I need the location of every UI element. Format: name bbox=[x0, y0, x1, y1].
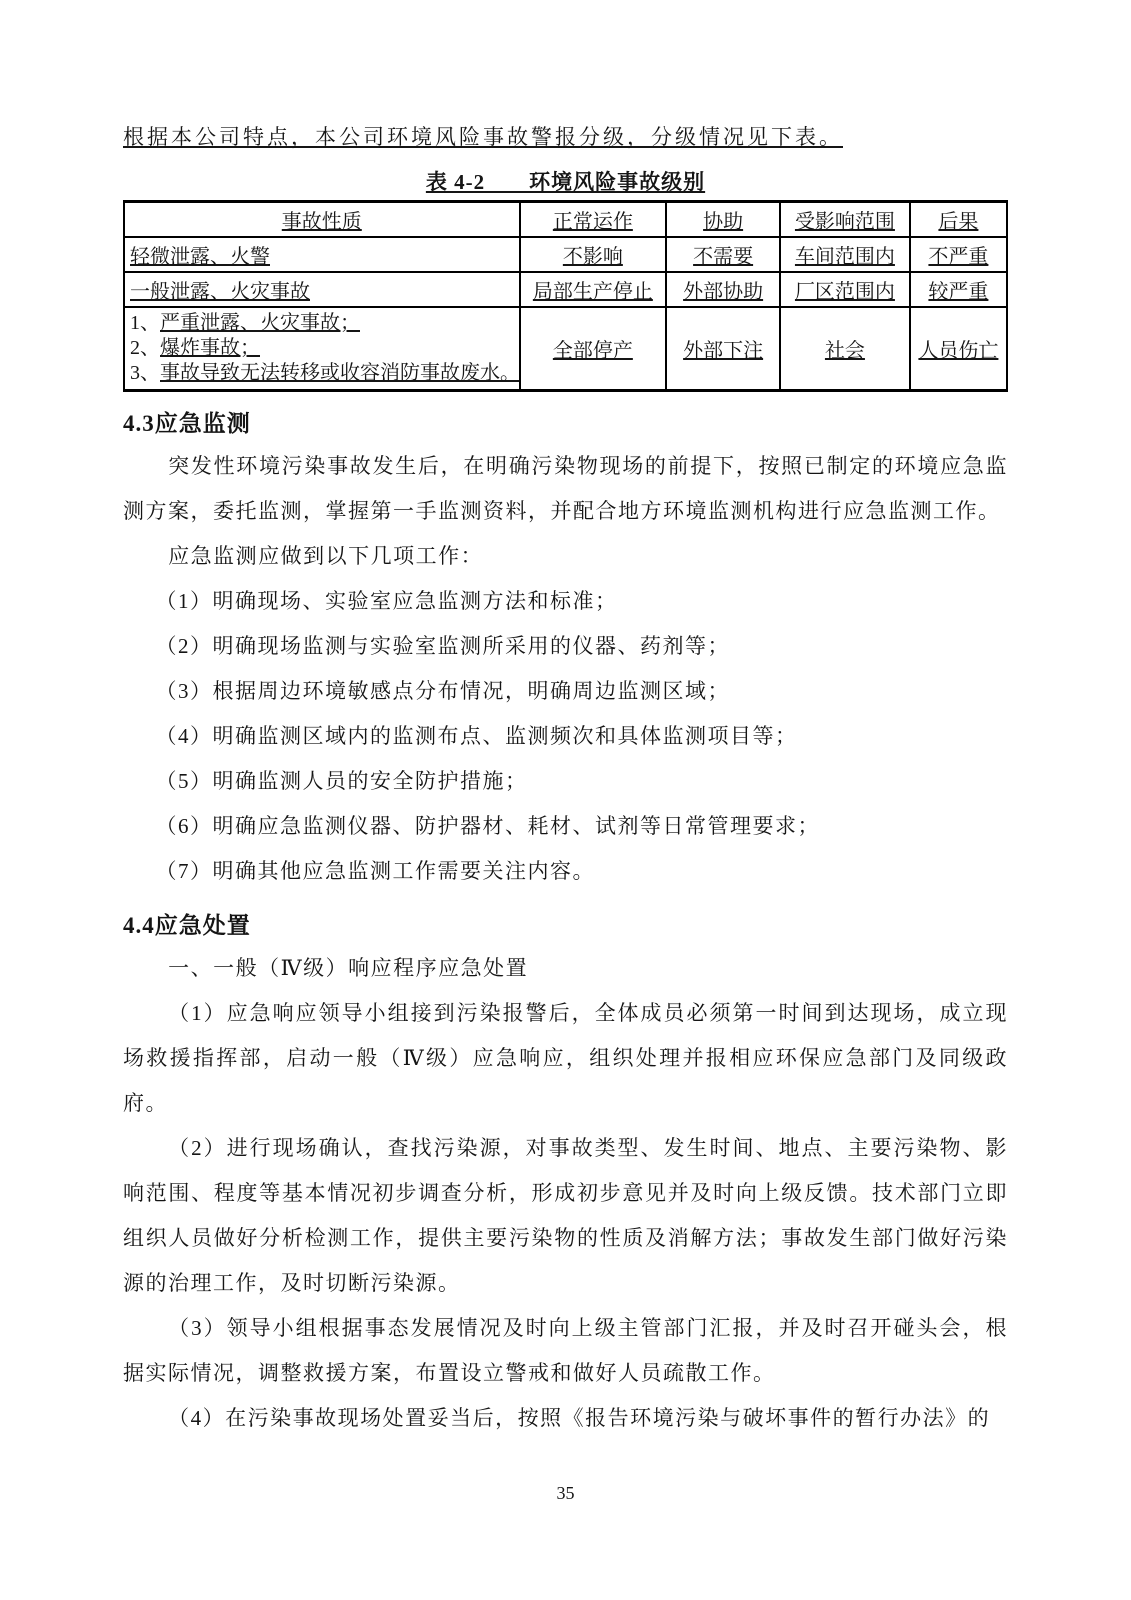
col-header-scope: 受影响范围 bbox=[780, 202, 910, 238]
nature-item-text: 严重泄露、火灾事故； bbox=[160, 312, 360, 334]
section-4-4-heading: 4.4应急处置 bbox=[123, 910, 1008, 942]
list-item: （1）明确现场、实验室应急监测方法和标准； bbox=[123, 579, 1008, 624]
cell-nature: 一般泄露、火灾事故 bbox=[124, 272, 520, 307]
nature-item-prefix: 1、 bbox=[130, 312, 160, 334]
page-number: 35 bbox=[0, 1483, 1131, 1504]
table-row: 一般泄露、火灾事故 局部生产停止 外部协助 厂区范围内 较严重 bbox=[124, 272, 1007, 307]
cell-consequence: 较严重 bbox=[910, 272, 1007, 307]
list-item: （4）明确监测区域内的监测布点、监测频次和具体监测项目等； bbox=[123, 714, 1008, 759]
cell-nature-list: 1、严重泄露、火灾事故； 2、爆炸事故； 3、事故导致无法转移或收容消防事故废水… bbox=[124, 307, 520, 391]
section-4-4-subheading: 一、一般（Ⅳ级）响应程序应急处置 bbox=[123, 946, 1008, 991]
nature-list-item: 3、事故导致无法转移或收容消防事故废水。 bbox=[130, 361, 514, 386]
cell-assist: 外部下注 bbox=[666, 307, 780, 391]
nature-item-prefix: 2、 bbox=[130, 337, 160, 359]
section-4-3-items: （1）明确现场、实验室应急监测方法和标准； （2）明确现场监测与实验室监测所采用… bbox=[123, 579, 1008, 894]
section-4-3-heading: 4.3应急监测 bbox=[123, 408, 1008, 440]
table-row: 轻微泄露、火警 不影响 不需要 车间范围内 不严重 bbox=[124, 237, 1007, 272]
col-header-nature: 事故性质 bbox=[124, 202, 520, 238]
table-header-row: 事故性质 正常运作 协助 受影响范围 后果 bbox=[124, 202, 1007, 238]
list-item: （3）根据周边环境敏感点分布情况，明确周边监测区域； bbox=[123, 669, 1008, 714]
col-header-operation: 正常运作 bbox=[520, 202, 667, 238]
section-4-4-paragraph: （3）领导小组根据事态发展情况及时向上级主管部门汇报，并及时召开碰头会，根据实际… bbox=[123, 1306, 1008, 1396]
cell-scope: 车间范围内 bbox=[780, 237, 910, 272]
table-row: 1、严重泄露、火灾事故； 2、爆炸事故； 3、事故导致无法转移或收容消防事故废水… bbox=[124, 307, 1007, 391]
cell-consequence: 不严重 bbox=[910, 237, 1007, 272]
nature-item-prefix: 3、 bbox=[130, 362, 160, 384]
cell-consequence: 人员伤亡 bbox=[910, 307, 1007, 391]
cell-scope: 社会 bbox=[780, 307, 910, 391]
document-page: 根据本公司特点，本公司环境风险事故警报分级，分级情况见下表。 表 4-2 环境风… bbox=[0, 0, 1131, 1600]
nature-item-text: 事故导致无法转移或收容消防事故废水。 bbox=[160, 362, 520, 384]
list-item: （7）明确其他应急监测工作需要关注内容。 bbox=[123, 849, 1008, 894]
cell-nature: 轻微泄露、火警 bbox=[124, 237, 520, 272]
section-4-3-list-lead: 应急监测应做到以下几项工作： bbox=[123, 534, 1008, 579]
list-item: （5）明确监测人员的安全防护措施； bbox=[123, 759, 1008, 804]
table-caption: 表 4-2 环境风险事故级别 bbox=[123, 166, 1008, 196]
section-4-4-paragraph: （4）在污染事故现场处置妥当后，按照《报告环境污染与破坏事件的暂行办法》的 bbox=[123, 1396, 1008, 1441]
nature-item-text: 爆炸事故； bbox=[160, 337, 260, 359]
intro-line: 根据本公司特点，本公司环境风险事故警报分级，分级情况见下表。 bbox=[123, 122, 1008, 152]
risk-level-table: 事故性质 正常运作 协助 受影响范围 后果 轻微泄露、火警 不影响 不需要 车间… bbox=[123, 200, 1008, 392]
cell-operation: 不影响 bbox=[520, 237, 667, 272]
nature-list-item: 2、爆炸事故； bbox=[130, 336, 514, 361]
nature-list-item: 1、严重泄露、火灾事故； bbox=[130, 311, 514, 336]
cell-scope: 厂区范围内 bbox=[780, 272, 910, 307]
list-item: （2）明确现场监测与实验室监测所采用的仪器、药剂等； bbox=[123, 624, 1008, 669]
cell-operation: 全部停产 bbox=[520, 307, 667, 391]
cell-assist: 外部协助 bbox=[666, 272, 780, 307]
cell-operation: 局部生产停止 bbox=[520, 272, 667, 307]
section-4-4-paragraph: （1）应急响应领导小组接到污染报警后，全体成员必须第一时间到达现场，成立现场救援… bbox=[123, 991, 1008, 1126]
section-4-3-paragraph: 突发性环境污染事故发生后，在明确污染物现场的前提下，按照已制定的环境应急监测方案… bbox=[123, 444, 1008, 534]
col-header-assist: 协助 bbox=[666, 202, 780, 238]
cell-assist: 不需要 bbox=[666, 237, 780, 272]
section-4-4-paragraph: （2）进行现场确认，查找污染源，对事故类型、发生时间、地点、主要污染物、影响范围… bbox=[123, 1126, 1008, 1306]
list-item: （6）明确应急监测仪器、防护器材、耗材、试剂等日常管理要求； bbox=[123, 804, 1008, 849]
col-header-consequence: 后果 bbox=[910, 202, 1007, 238]
